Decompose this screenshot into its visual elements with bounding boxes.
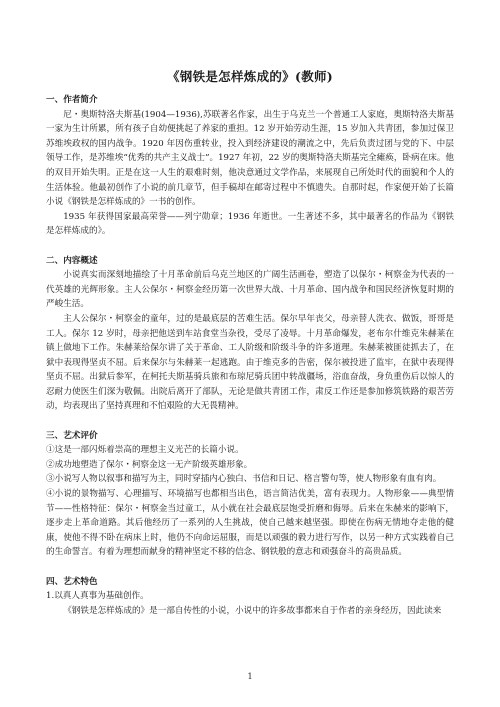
paragraph: 《钢铁是怎样炼成的》是一部自传性的小说，小说中的许多故事都来自于作者的亲身经历，…	[46, 604, 454, 619]
page-number: 1	[0, 672, 500, 681]
paragraph: 主人公保尔・柯察金的童年，过的是最底层的苦难生活。保尔早年丧父，母亲替人洗衣、做…	[46, 312, 454, 414]
document-page: 《钢铁是怎样炼成的》(教师) 一、作者简介 尼・奥斯特洛夫斯基(1904—193…	[0, 0, 500, 707]
paragraph: 小说真实而深刻地描绘了十月革命前后乌克兰地区的广阔生活画卷，塑造了以保尔・柯察金…	[46, 268, 454, 312]
section-heading-author: 一、作者简介	[46, 93, 454, 108]
list-item: ③小说写人物以叙事和描写为主，同时穿插内心独白、书信和日记、格言警句等，使人物形…	[46, 472, 454, 487]
list-item: ④小说的景物描写、心理描写、环境描写也都相当出色，语言简洁优美，富有表现力。人物…	[46, 487, 454, 560]
document-body: 一、作者简介 尼・奥斯特洛夫斯基(1904—1936),苏联著名作家，出生于乌克…	[46, 93, 454, 618]
section-heading-summary: 二、内容概述	[46, 254, 454, 269]
list-item: 1.以真人真事为基础创作。	[46, 589, 454, 604]
section-heading-evaluation: 三、艺术评价	[46, 429, 454, 444]
section-heading-features: 四、艺术特色	[46, 575, 454, 590]
spacer	[46, 414, 454, 429]
paragraph: 尼・奥斯特洛夫斯基(1904—1936),苏联著名作家，出生于乌克兰一个普通工人…	[46, 108, 454, 210]
list-item: ②成功地塑造了保尔・柯察金这一无产阶级英雄形象。	[46, 458, 454, 473]
document-title: 《钢铁是怎样炼成的》(教师)	[0, 67, 500, 85]
paragraph: 1935 年获得国家最高荣誉——列宁勋章；1936 年逝世。一生著述不多，其中最…	[46, 210, 454, 239]
spacer	[46, 560, 454, 575]
list-item: ①这是一部闪烁着崇高的理想主义光芒的长篇小说。	[46, 443, 454, 458]
spacer	[46, 239, 454, 254]
